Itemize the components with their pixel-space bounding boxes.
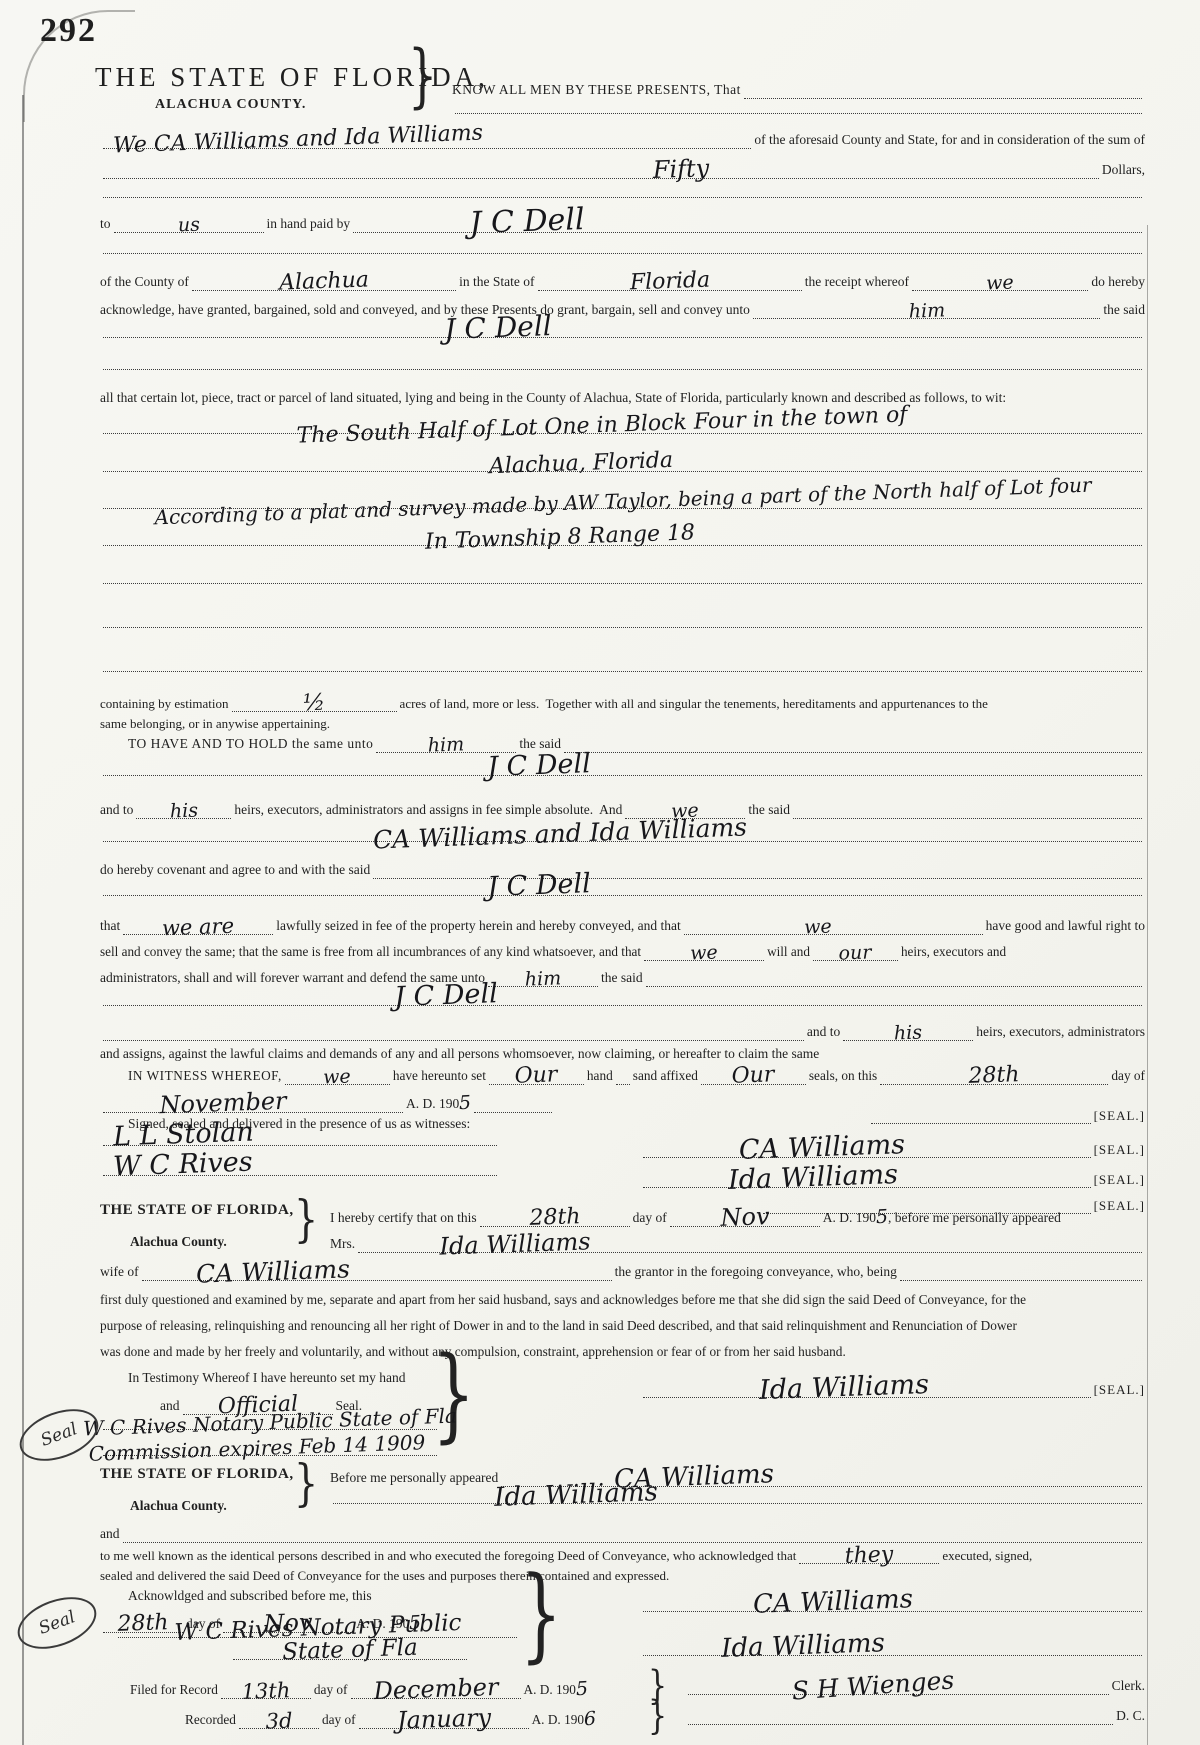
hw-official: Official (217, 1391, 298, 1421)
hw-him-2: him (428, 733, 465, 758)
acres-blank: ½ (232, 708, 397, 712)
hw-him-3: him (524, 967, 561, 992)
hw-county: Alachua (279, 267, 370, 298)
blank-line (103, 194, 1142, 198)
heirs-text-3: heirs, executors, administrators (976, 1024, 1145, 1041)
desc-line-3: According to a plat and survey made by A… (103, 505, 1142, 509)
will-and-text: will and (767, 944, 810, 961)
hw-year: 5 (459, 1092, 472, 1116)
in-witness-text: IN WITNESS WHEREOF, (100, 1068, 282, 1085)
filed-day-blank: 13th (221, 1695, 311, 1699)
seal-word-text: Seal. (336, 1398, 363, 1415)
ack-county-title: Alachua County. (130, 1498, 227, 1514)
hw-grantor-sig-1: CA Williams (738, 1128, 905, 1168)
hw-payer: J C Dell (469, 201, 585, 242)
we-blank-2: we (625, 815, 745, 819)
mrs-text: Mrs. (330, 1236, 355, 1253)
blank-line (744, 95, 1142, 99)
ack-and-text: and (100, 1526, 120, 1543)
acknowledge-text: acknowledge, have granted, bargained, so… (100, 302, 750, 319)
seal-stamp-label-1: Seal (38, 1419, 80, 1451)
hw-we-4: we (690, 941, 718, 966)
desc-line-4: In Township 8 Range 18 (103, 542, 1142, 546)
county-title: ALACHUA COUNTY. (155, 97, 306, 113)
blank-line (616, 1081, 630, 1085)
hw-we-2: we (671, 800, 699, 825)
receipt-text: the receipt whereof (805, 274, 909, 291)
subscribed-brace: } (520, 1564, 562, 1666)
to-text: to (100, 216, 111, 233)
do-hereby-text: do hereby (1091, 274, 1145, 291)
we-blank-3: we (684, 931, 983, 935)
dower-county-title: Alachua County. (130, 1234, 227, 1250)
affixed-text: and affixed (638, 1068, 698, 1085)
seal-text: seal (809, 1068, 830, 1085)
seal-bracket-2: [SEAL.] (1094, 1142, 1145, 1158)
hw-filed-day: 13th (241, 1677, 291, 1705)
hw-desc-2: Alachua, Florida (488, 446, 673, 480)
dower-brace: } (294, 1194, 318, 1243)
to-have-text: TO HAVE AND TO HOLD the same unto (128, 736, 373, 753)
hw-desc-4: In Township 8 Range 18 (425, 519, 696, 556)
hw-amount: Fifty (652, 153, 709, 185)
and-text: and (160, 1398, 180, 1415)
state-blank: Florida (538, 287, 802, 291)
grantor1-sig-line: CA Williams (643, 1154, 1091, 1158)
and-to-text-2: and to (807, 1024, 840, 1041)
known-text-1: to me well known as the identical person… (100, 1548, 796, 1564)
desc-line-2: Alachua, Florida (103, 468, 1142, 472)
filed-ad-text: A. D. 190 (524, 1682, 576, 1699)
ack-notary-line: W C Rives Notary Public (118, 1634, 517, 1638)
notary-sig-line: W C Rives Notary Public State of Fla (103, 1426, 437, 1430)
filed-day-of-text: day of (314, 1682, 348, 1699)
the-said-text-3: the said (748, 802, 790, 819)
hw-clerk: S H Wienges (791, 1664, 955, 1707)
ack-ad-text: A. D. 190 (356, 1616, 409, 1633)
clerk-text: Clerk. (1112, 1678, 1145, 1695)
payee-blank: J C Dell (353, 229, 1142, 233)
notary-seal-stamp-1: Seal (13, 1399, 106, 1470)
dower-day-blank: 28th (480, 1223, 630, 1227)
payor-blank: us (114, 229, 264, 233)
page-number: 292 (40, 12, 97, 50)
him-blank-3: him (488, 983, 598, 987)
we-are-blank: we are (123, 931, 273, 935)
scan-left-edge (22, 95, 24, 1745)
the-said-text: the said (1103, 302, 1145, 319)
seal-stamp-label-2: Seal (36, 1607, 78, 1639)
admins-text: administrators, shall and will forever w… (100, 970, 485, 987)
acres-text: acres of land, more or less. Together wi… (400, 696, 988, 712)
blank-line (103, 580, 1142, 584)
our-blank: our (813, 957, 898, 961)
known-text-2: executed, signed, (942, 1548, 1032, 1564)
dower-ad-text: A. D. 190 (823, 1210, 876, 1227)
grantor2-sig-line: Ida Williams (643, 1184, 1091, 1188)
dower-before-text: , before me personally appeared (888, 1210, 1061, 1227)
heirs-text-2: heirs, executors and (901, 944, 1006, 961)
receipt-blank: we (912, 287, 1088, 291)
hw-acres: ½ (302, 688, 325, 718)
the-said-text-4: the said (601, 970, 643, 987)
hw-grantee-2: J C Dell (487, 747, 592, 784)
they-blank: they (799, 1560, 939, 1564)
that-text: that (100, 918, 120, 935)
day-blank: 28th (880, 1081, 1108, 1085)
heirs-text: heirs, executors, administrators and ass… (234, 802, 622, 819)
notary-seal-stamp-2: Seal (11, 1587, 104, 1658)
dc-line (688, 1721, 1113, 1725)
hw-we-are: we are (162, 912, 235, 941)
hw-recorded-day: 3d (265, 1707, 293, 1734)
grantee-blank-2: J C Dell (103, 772, 1142, 776)
testimony-brace: } (432, 1345, 475, 1447)
hw-husband: CA Williams (196, 1253, 351, 1290)
grantee-blank-3: J C Dell (103, 892, 1142, 896)
know-all-text: KNOW ALL MEN BY THESE PRESENTS, That (452, 82, 741, 99)
desc-line-1: The South Half of Lot One in Block Four … (103, 430, 1142, 434)
aforesaid-text: of the aforesaid County and State, for a… (754, 132, 1145, 149)
day-of-text: day of (1111, 1068, 1145, 1085)
seal-bracket-5: [SEAL.] (1094, 1382, 1145, 1398)
husband-blank: CA Williams (142, 1277, 612, 1281)
we-blank-4: we (644, 957, 764, 961)
hw-our-1: Our (515, 1061, 559, 1090)
seized-text: lawfully seized in fee of the property h… (276, 918, 680, 935)
testimony-text: In Testimony Whereof I have hereunto set… (128, 1370, 405, 1387)
dower-sig-line: Ida Williams (643, 1394, 1091, 1398)
hw-ack-sig-2: Ida Williams (720, 1627, 885, 1665)
we-blank-5: we (285, 1081, 390, 1085)
sell-text: sell and convey the same; that the same … (100, 944, 641, 961)
official-blank: Official (183, 1411, 333, 1415)
assigns-text: and assigns, against the lawful claims a… (100, 1046, 819, 1063)
hw-month: November (159, 1086, 287, 1120)
covenant-text: do hereby covenant and agree to and with… (100, 862, 370, 879)
hw-state: Florida (629, 267, 710, 297)
the-said-text-2: the said (519, 736, 561, 753)
recorded-text: Recorded (185, 1712, 236, 1729)
hw-dower-year: 5 (875, 1206, 888, 1230)
recorded-day-of-text: day of (322, 1712, 356, 1729)
blank-line (123, 1539, 1143, 1543)
blank-line (103, 250, 1142, 254)
certify-text: I hereby certify that on this (330, 1210, 477, 1227)
hw-we-5: we (323, 1065, 351, 1090)
commission-line: Commission expires Feb 14 1909 (103, 1452, 437, 1456)
dower-para-1: first duly questioned and examined by me… (100, 1292, 1026, 1309)
blank-line (455, 110, 1142, 114)
hw-filed-month: December (373, 1672, 499, 1706)
on-this-text: , on this (835, 1068, 877, 1085)
containing-text: containing by estimation (100, 696, 229, 712)
hw-grantors: We CA Williams and Ida Williams (113, 120, 484, 160)
blank-line (103, 668, 1142, 672)
ack-state-title: THE STATE OF FLORIDA, (100, 1466, 294, 1483)
wife-of-text: wife of (100, 1264, 139, 1281)
hw-wife: Ida Williams (439, 1226, 591, 1261)
ack-day-of-text: day of (186, 1616, 220, 1633)
blank-line (373, 875, 1142, 879)
clerk-sig-line: S H Wienges (688, 1691, 1109, 1695)
before-text: Before me personally appeared (330, 1470, 498, 1487)
blank-line (474, 1109, 552, 1113)
hw-witness-2: W C Rives (112, 1146, 253, 1185)
subscribed-text: Acknowldged and subscribed before me, th… (128, 1588, 372, 1605)
in-state-text: in the State of (459, 274, 534, 291)
dc-text: D. C. (1116, 1708, 1145, 1725)
hw-our-2: Our (732, 1061, 776, 1090)
county-of-text: of the County of (100, 274, 189, 291)
hw-commission: Commission expires Feb 14 1909 (88, 1430, 425, 1467)
hw-person-1: CA Williams (613, 1459, 774, 1497)
scan-right-edge (1147, 225, 1148, 1745)
hand-text: hand (587, 1068, 613, 1085)
month-blank: November (103, 1109, 403, 1113)
and-to-text: and to (100, 802, 133, 819)
recorded-day-blank: 3d (239, 1725, 319, 1729)
in-hand-text: in hand paid by (267, 216, 351, 233)
unto-blank: him (753, 315, 1100, 319)
hw-grantor-sig-2: Ida Williams (728, 1158, 899, 1198)
all-that-text: all that certain lot, piece, tract or pa… (100, 390, 1006, 407)
grantee-blank: J C Dell (103, 334, 1142, 338)
hw-dower-day: 28th (529, 1203, 581, 1232)
known-text-3: sealed and delivered the said Deed of Co… (100, 1568, 669, 1584)
our-blank-1: Our (489, 1081, 584, 1085)
header-brace: } (408, 41, 437, 110)
recorded-ad-text: A. D. 190 (532, 1712, 584, 1729)
hw-our: our (839, 941, 873, 966)
right-text: have good and lawful right to (986, 918, 1145, 935)
hw-recorded-year: 6 (583, 1708, 596, 1732)
grantors-blank: We CA Williams and Ida Williams (103, 145, 751, 149)
county-blank: Alachua (192, 287, 456, 291)
witness1-line: L L Stolan (103, 1142, 497, 1146)
blank-line (793, 815, 1142, 819)
hw-day: 28th (968, 1061, 1020, 1090)
hw-recorded-month: January (396, 1702, 491, 1735)
person1-blank: CA Williams (501, 1483, 1142, 1487)
his-blank: his (136, 815, 231, 819)
ack-brace: } (294, 1458, 318, 1507)
deed-document-page: 292 THE STATE OF FLORIDA, } KNOW ALL MEN… (0, 0, 1200, 1745)
hw-dower-month: Nov (720, 1201, 770, 1233)
hw-desc-3: According to a plat and survey made by A… (154, 473, 1092, 531)
person2-blank: Ida Williams (333, 1500, 1142, 1504)
dower-day-of-text: day of (633, 1210, 667, 1227)
blank-line (646, 983, 1142, 987)
grantee-blank-4: J C Dell (103, 1002, 1142, 1006)
blank-line (103, 624, 1142, 628)
hw-filed-year: 5 (575, 1678, 588, 1702)
recorded-brace: } (648, 1698, 667, 1737)
dower-state-title: THE STATE OF FLORIDA, (100, 1202, 294, 1219)
hw-him: him (908, 299, 945, 324)
ack-state-line: State of Fla (233, 1656, 467, 1660)
belonging-text: same belonging, or in anywise appertaini… (100, 716, 330, 732)
ack-sig1-line: CA Williams (643, 1608, 1142, 1612)
hw-his-2: his (894, 1022, 923, 1047)
blank-line (103, 366, 1142, 370)
our-blank-2: Our (701, 1081, 806, 1085)
amount-blank: Fifty (103, 175, 1099, 179)
grantor-text: the grantor in the foregoing conveyance,… (615, 1264, 897, 1281)
unto-blank-2: him (376, 749, 516, 753)
dower-month-blank: Nov (670, 1223, 820, 1227)
wife-name-blank: Ida Williams (358, 1249, 1142, 1253)
hw-we: we (986, 272, 1014, 297)
filed-text: Filed for Record (130, 1682, 218, 1699)
seal-bracket-3: [SEAL.] (1094, 1172, 1145, 1188)
ack-day-blank: 28th (103, 1629, 183, 1633)
ack-sig2-line: Ida Williams (643, 1652, 1142, 1656)
filed-month-blank: December (351, 1695, 521, 1699)
hw-his: his (169, 800, 198, 825)
hw-we-3: we (804, 916, 832, 941)
blank-line (900, 1277, 1142, 1281)
hw-they: they (845, 1541, 894, 1570)
hw-ack-state: State of Fla (282, 1634, 418, 1667)
set-text: have hereunto set (393, 1068, 486, 1085)
ad-text: A. D. 190 (406, 1096, 459, 1113)
his-blank-2: his (843, 1037, 973, 1041)
signed-sealed-text: Signed, sealed and delivered in the pres… (128, 1116, 470, 1133)
hw-desc-1: The South Half of Lot One in Block Four … (296, 401, 908, 450)
dower-para-2: purpose of releasing, relinquishing and … (100, 1318, 1017, 1335)
blank-line (103, 1037, 804, 1041)
hw-ack-year: 5 (409, 1612, 422, 1636)
grantors-blank-2: CA Williams and Ida Williams (103, 838, 1142, 842)
blank-line (564, 749, 1142, 753)
dollars-text: Dollars, (1102, 162, 1145, 179)
recorded-month-blank: January (359, 1725, 529, 1729)
ack-month-blank: Nov (223, 1629, 353, 1633)
hw-us: us (177, 214, 200, 239)
witness2-line: W C Rives (103, 1172, 497, 1176)
